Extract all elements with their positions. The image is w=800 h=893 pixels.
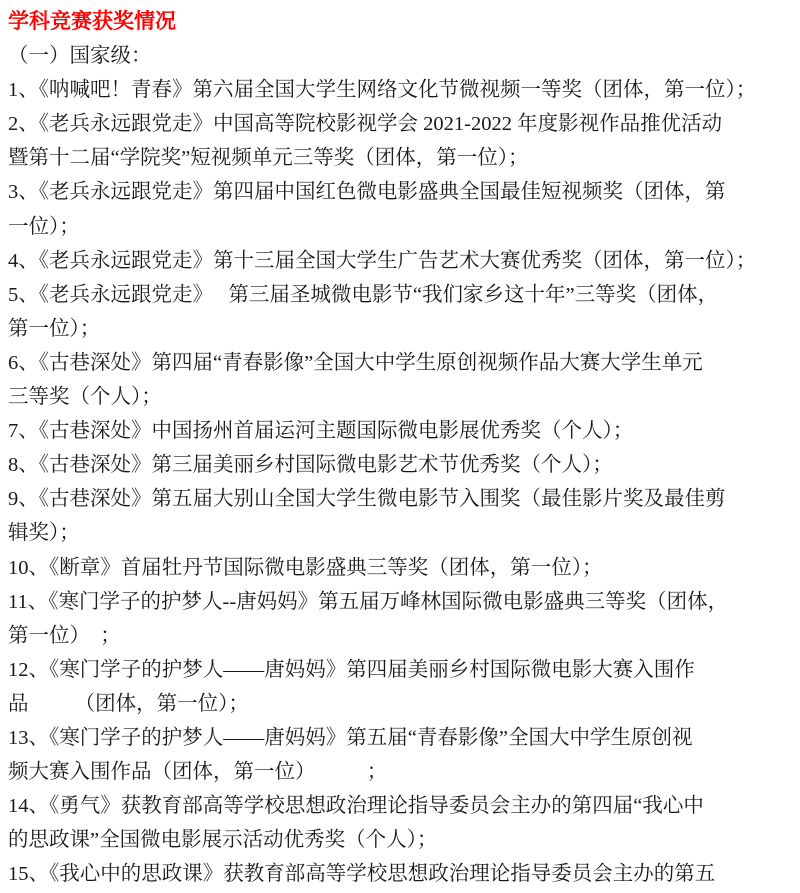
document-page: 学科竞赛获奖情况 （一）国家级： 1、《呐喊吧！青春》第六届全国大学生网络文化节… xyxy=(0,0,800,893)
award-line: 15、《我心中的思政课》获教育部高等学校思想政治理论指导委员会主办的第五 xyxy=(8,857,794,891)
award-line: 8、《古巷深处》第三届美丽乡村国际微电影艺术节优秀奖（个人）； xyxy=(8,448,794,482)
document-title: 学科竞赛获奖情况 xyxy=(8,5,794,39)
award-line: 10、《断章》首届牡丹节国际微电影盛典三等奖（团体，第一位）； xyxy=(8,551,794,585)
award-line: 14、《勇气》获教育部高等学校思想政治理论指导委员会主办的第四届“我心中 xyxy=(8,789,794,823)
award-line: 13、《寒门学子的护梦人——唐妈妈》第五届“青春影像”全国大中学生原创视 xyxy=(8,721,794,755)
award-line: 7、《古巷深处》中国扬州首届运河主题国际微电影展优秀奖（个人）； xyxy=(8,414,794,448)
section-heading: （一）国家级： xyxy=(8,39,794,73)
award-line: 3、《老兵永远跟党走》第四届中国红色微电影盛典全国最佳短视频奖（团体，第 xyxy=(8,175,794,209)
award-line: 6、《古巷深处》第四届“青春影像”全国大中学生原创视频作品大赛大学生单元 xyxy=(8,346,794,380)
award-line: 4、《老兵永远跟党走》第十三届全国大学生广告艺术大赛优秀奖（团体，第一位）； xyxy=(8,244,794,278)
award-line: 12、《寒门学子的护梦人——唐妈妈》第四届美丽乡村国际微电影大赛入围作 xyxy=(8,653,794,687)
award-line: 5、《老兵永远跟党走》 第三届圣城微电影节“我们家乡这十年”三等奖（团体， xyxy=(8,278,794,312)
award-line: 第一位） ； xyxy=(8,619,794,653)
award-line: 11、《寒门学子的护梦人--唐妈妈》第五届万峰林国际微电影盛典三等奖（团体， xyxy=(8,585,794,619)
award-line: 辑奖）； xyxy=(8,516,794,550)
award-line: 9、《古巷深处》第五届大别山全国大学生微电影节入围奖（最佳影片奖及最佳剪 xyxy=(8,482,794,516)
award-line: 暨第十二届“学院奖”短视频单元三等奖（团体，第一位）； xyxy=(8,141,794,175)
award-line: 的思政课”全国微电影展示活动优秀奖（个人）； xyxy=(8,823,794,857)
award-list: 1、《呐喊吧！青春》第六届全国大学生网络文化节微视频一等奖（团体，第一位）；2、… xyxy=(8,73,794,891)
award-line: 1、《呐喊吧！青春》第六届全国大学生网络文化节微视频一等奖（团体，第一位）； xyxy=(8,73,794,107)
award-line: 频大赛入围作品（团体，第一位） ； xyxy=(8,755,794,789)
award-line: 三等奖（个人）； xyxy=(8,380,794,414)
award-line: 第一位）； xyxy=(8,312,794,346)
award-line: 2、《老兵永远跟党走》中国高等院校影视学会 2021-2022 年度影视作品推优… xyxy=(8,107,794,141)
award-line: 一位）； xyxy=(8,210,794,244)
award-line: 品 （团体，第一位）； xyxy=(8,687,794,721)
